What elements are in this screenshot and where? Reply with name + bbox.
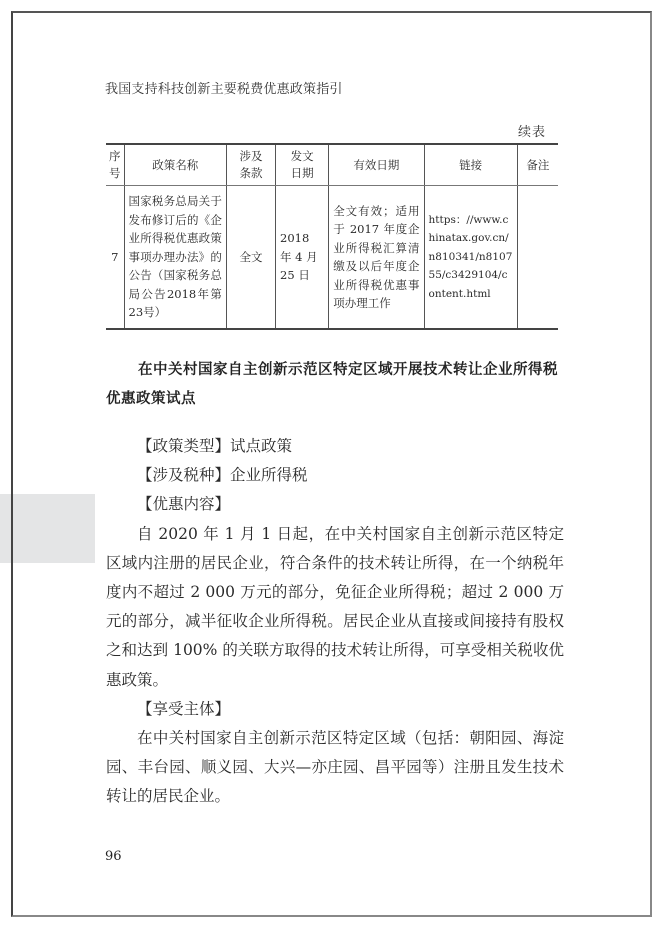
policy-table: 序号 政策名称 涉及条款 发文日期 有效日期 链接 备注 7 国家税务总局关于发… (106, 143, 558, 330)
header-date: 发文日期 (276, 144, 329, 186)
section-title: 在中关村国家自主创新示范区特定区域开展技术转让企业所得税优惠政策试点 (106, 356, 566, 414)
tax-type-value: 企业所得税 (230, 466, 308, 484)
chapter-side-tab (0, 494, 95, 563)
policy-type-line: 【政策类型】试点政策 (106, 432, 564, 461)
header-clause: 涉及条款 (226, 144, 275, 186)
cell-valid: 全文有效；适用于 2017 年度企业所得税汇算清缴及以后年度企业所得税优惠事项办… (329, 186, 424, 330)
tax-type-line: 【涉及税种】企业所得税 (106, 461, 564, 490)
cell-link[interactable]: https：//www.chinatax.gov.cn/n810341/n810… (424, 186, 517, 330)
benefit-text: 自 2020 年 1 月 1 日起，在中关村国家自主创新示范区特定区域内注册的居… (106, 520, 564, 695)
subject-text: 在中关村国家自主创新示范区特定区域（包括：朝阳园、海淀园、丰台园、顺义园、大兴—… (106, 724, 564, 812)
benefit-label: 【优惠内容】 (106, 490, 564, 519)
cell-clause: 全文 (226, 186, 275, 330)
header-valid: 有效日期 (329, 144, 424, 186)
header-name: 政策名称 (124, 144, 226, 186)
subject-label: 【享受主体】 (106, 695, 564, 724)
header-note: 备注 (517, 144, 558, 186)
policy-type-label: 【政策类型】 (137, 437, 230, 455)
cell-seq: 7 (106, 186, 124, 330)
page-frame-edge (11, 494, 13, 563)
header-seq: 序号 (106, 144, 124, 186)
table-row: 7 国家税务总局关于发布修订后的《企业所得税优惠政策事项办理办法》的公告（国家税… (106, 186, 558, 330)
section-body: 【政策类型】试点政策 【涉及税种】企业所得税 【优惠内容】 自 2020 年 1… (106, 432, 564, 812)
tax-type-label: 【涉及税种】 (137, 466, 230, 484)
cell-name: 国家税务总局关于发布修订后的《企业所得税优惠政策事项办理办法》的公告（国家税务总… (124, 186, 226, 330)
table-continued-label: 续表 (518, 121, 546, 140)
table-header-row: 序号 政策名称 涉及条款 发文日期 有效日期 链接 备注 (106, 144, 558, 186)
cell-date: 2018 年 4 月 25 日 (276, 186, 329, 330)
running-head: 我国支持科技创新主要税费优惠政策指引 (105, 78, 343, 97)
cell-note (517, 186, 558, 330)
policy-type-value: 试点政策 (230, 437, 292, 455)
page-number: 96 (105, 849, 122, 864)
header-link: 链接 (424, 144, 517, 186)
